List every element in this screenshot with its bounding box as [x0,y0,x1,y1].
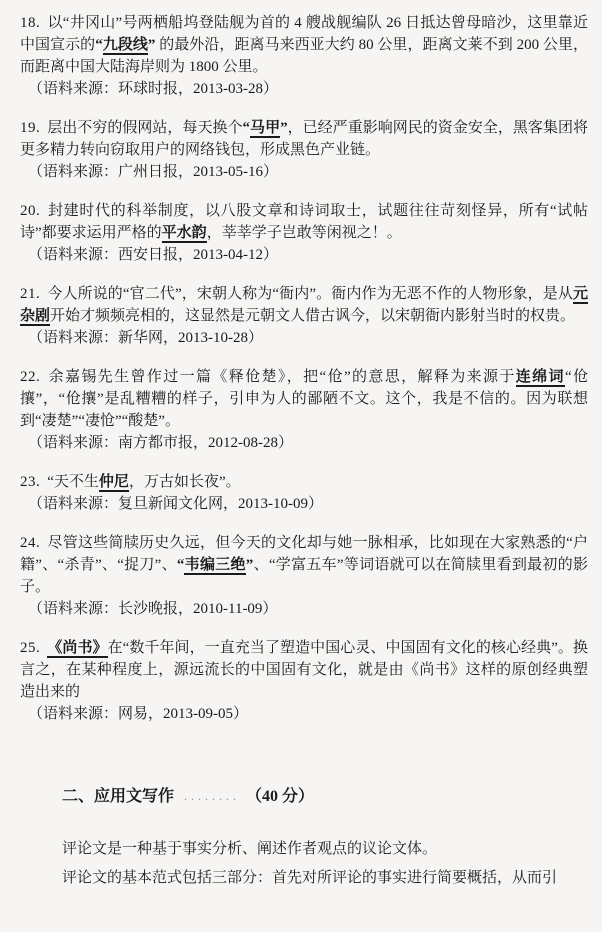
dot-leader: ........ [184,789,240,803]
corpus-item: 22.余嘉锡先生曾作过一篇《释伧楚》，把“伧”的意思，解释为来源于连绵词“伧攘”… [20,366,588,454]
corpus-source: （语料来源：西安日报，2013-04-12） [20,244,588,266]
corpus-item-text: 22.余嘉锡先生曾作过一篇《释伧楚》，把“伧”的意思，解释为来源于连绵词“伧攘”… [20,366,588,432]
text-run: 马甲 [250,120,280,138]
text-run: 仲尼 [99,474,129,492]
text-run: 层出不穷的假网站，每天换个 [47,120,242,136]
item-number: 21. [20,286,40,302]
corpus-source: （语料来源：长沙晚报，2010-11-09） [20,598,588,620]
item-number: 20. [20,203,40,219]
intro-paragraph: 评论文的基本范式包括三部分：首先对所评论的事实进行简要概括，从而引 [62,867,588,889]
corpus-item-text: 18.以“井冈山”号两栖船坞登陆舰为首的 4 艘战舰编队 26 日抵达曾母暗沙，… [20,12,588,78]
text-run: 余嘉锡先生曾作过一篇《释伧楚》，把“伧”的意思，解释为来源于 [47,369,516,385]
corpus-source: （语料来源：网易，2013-09-05） [20,703,588,725]
item-number: 24. [20,535,40,551]
text-run: “ [95,37,103,53]
item-number: 22. [20,369,40,385]
text-run: 今人所说的“官二代”，宋朝人称为“衙内”。衙内作为无恶不作的人物形象，是从 [47,286,573,302]
corpus-item-text: 23.“天不生仲尼，万古如长夜”。 [20,471,588,493]
text-run: 平水韵 [162,225,207,243]
corpus-item-text: 20.封建时代的科举制度，以八股文章和诗词取士，试题往往苛刻怪异，所有“试帖诗”… [20,200,588,244]
corpus-item: 21.今人所说的“官二代”，宋朝人称为“衙内”。衙内作为无恶不作的人物形象，是从… [20,283,588,349]
corpus-source: （语料来源：南方都市报，2012-08-28） [20,432,588,454]
corpus-item: 25.《尚书》在“数千年间，一直充当了塑造中国心灵、中国固有文化的核心经典”。换… [20,637,588,725]
text-run: 韦编三绝 [184,557,245,575]
corpus-list: 18.以“井冈山”号两栖船坞登陆舰为首的 4 艘战舰编队 26 日抵达曾母暗沙，… [20,12,588,725]
corpus-item: 18.以“井冈山”号两栖船坞登陆舰为首的 4 艘战舰编队 26 日抵达曾母暗沙，… [20,12,588,100]
corpus-source: （语料来源：复旦新闻文化网，2013-10-09） [20,493,588,515]
corpus-item-text: 21.今人所说的“官二代”，宋朝人称为“衙内”。衙内作为无恶不作的人物形象，是从… [20,283,588,327]
corpus-item: 19.层出不穷的假网站，每天换个“马甲”，已经严重影响网民的资金安全，黑客集团将… [20,117,588,183]
text-run: “ [243,120,251,136]
corpus-source: （语料来源：新华网，2013-10-28） [20,327,588,349]
corpus-item-text: 25.《尚书》在“数千年间，一直充当了塑造中国心灵、中国固有文化的核心经典”。换… [20,637,588,703]
corpus-item: 23.“天不生仲尼，万古如长夜”。（语料来源：复旦新闻文化网，2013-10-0… [20,471,588,515]
text-run: ，万古如长夜”。 [129,474,241,490]
corpus-item-text: 24.尽管这些简牍历史久远，但今天的文化却与她一脉相承，比如现在大家熟悉的“户籍… [20,532,588,598]
document-page: 18.以“井冈山”号两栖船坞登陆舰为首的 4 艘战舰编队 26 日抵达曾母暗沙，… [0,0,602,932]
intro-paragraphs: 评论文是一种基于事实分析、阐述作者观点的议论文体。评论文的基本范式包括三部分：首… [62,838,588,889]
text-run: ” [280,120,288,136]
corpus-item-text: 19.层出不穷的假网站，每天换个“马甲”，已经严重影响网民的资金安全，黑客集团将… [20,117,588,161]
corpus-item: 20.封建时代的科举制度，以八股文章和诗词取士，试题往往苛刻怪异，所有“试帖诗”… [20,200,588,266]
section-heading: 二、应用文写作........（40 分） [62,785,588,808]
item-number: 23. [20,474,40,490]
corpus-source: （语料来源：广州日报，2013-05-16） [20,161,588,183]
section-score: （40 分） [246,788,314,805]
text-run: 连绵词 [516,369,565,387]
item-number: 19. [20,120,40,136]
text-run: 开始才频频亮相的，这显然是元朝文人借古讽今，以宋朝衙内影射当时的权贵。 [50,308,575,324]
text-run: “天不生 [47,474,99,490]
corpus-item: 24.尽管这些简牍历史久远，但今天的文化却与她一脉相承，比如现在大家熟悉的“户籍… [20,532,588,620]
corpus-source: （语料来源：环球时报，2013-03-28） [20,78,588,100]
text-run: 九段线 [103,37,148,55]
text-run: ，莘莘学子岂敢等闲视之！。 [207,225,402,241]
item-number: 18. [20,15,40,31]
intro-paragraph: 评论文是一种基于事实分析、阐述作者观点的议论文体。 [62,838,588,860]
text-run: 《尚书》 [47,640,107,658]
section-title: 二、应用文写作 [62,788,174,805]
item-number: 25. [20,640,40,656]
